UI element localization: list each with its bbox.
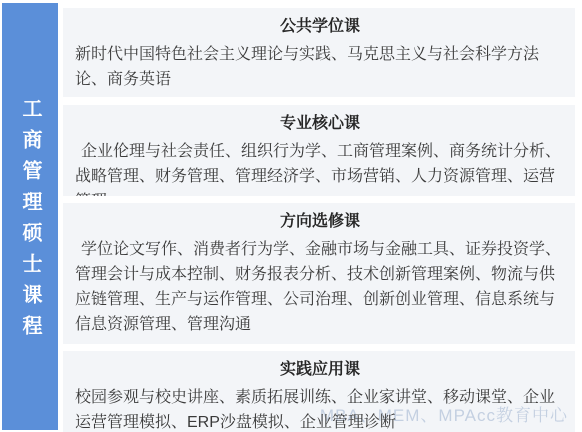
course-sections: 公共学位课 新时代中国特色社会主义理论与实践、马克思主义与社会科学方法论、商务英… [63, 8, 575, 432]
section-body-core: 企业伦理与社会责任、组织行为学、工商管理案例、商务统计分析、战略管理、财务管理、… [75, 139, 565, 196]
section-title-elective: 方向选修课 [75, 211, 565, 233]
section-panel-core-courses: 专业核心课 企业伦理与社会责任、组织行为学、工商管理案例、商务统计分析、战略管理… [63, 105, 575, 196]
section-panel-elective-courses: 方向选修课 学位论文写作、消费者行为学、金融市场与金融工具、证券投资学、管理会计… [63, 203, 575, 344]
section-body-public-degree: 新时代中国特色社会主义理论与实践、马克思主义与社会科学方法论、商务英语 [75, 42, 565, 92]
section-title-public-degree: 公共学位课 [75, 16, 565, 38]
section-body-elective: 学位论文写作、消费者行为学、金融市场与金融工具、证券投资学、管理会计与成本控制、… [75, 237, 565, 337]
section-title-core: 专业核心课 [75, 113, 565, 135]
section-title-practical: 实践应用课 [75, 359, 565, 381]
section-body-practical: 校园参观与校史讲座、素质拓展训练、企业家讲堂、移动课堂、企业运营管理模拟、ERP… [75, 385, 565, 432]
section-panel-public-degree-courses: 公共学位课 新时代中国特色社会主义理论与实践、马克思主义与社会科学方法论、商务英… [63, 8, 575, 97]
program-title-vertical: 工商管理硕士课程 [20, 98, 40, 346]
section-panel-practical-courses: 实践应用课 校园参观与校史讲座、素质拓展训练、企业家讲堂、移动课堂、企业运营管理… [63, 351, 575, 432]
program-sidebar: 工商管理硕士课程 [2, 3, 58, 430]
